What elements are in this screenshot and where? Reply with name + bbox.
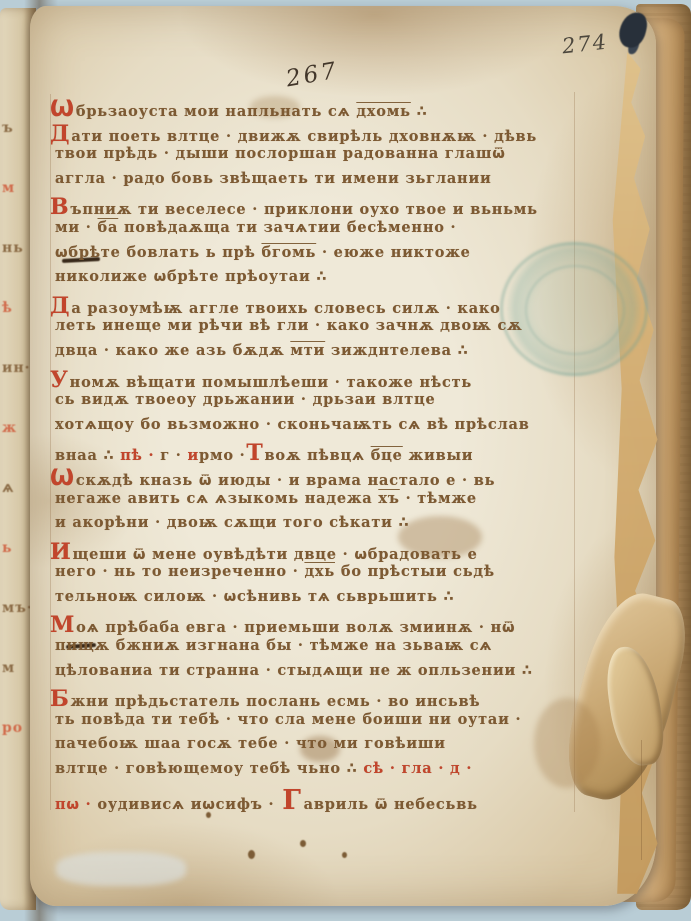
wormhole bbox=[342, 852, 347, 858]
ink-text: ъпниѫ ти веселесе · приклони оухо твое и… bbox=[70, 201, 537, 218]
manuscript-line: твои прѣдь · дыши послоршан радованна гл… bbox=[55, 145, 573, 170]
rubric-text: и bbox=[187, 447, 199, 464]
rubric-initial: Д bbox=[50, 293, 70, 319]
ink-text: · еюже никтоже bbox=[316, 244, 471, 261]
manuscript-line: ть повѣда ти тебѣ · что сла мене боиши н… bbox=[55, 711, 573, 736]
ink-text: ми · bbox=[55, 219, 98, 236]
rubric-text: сѣ · гла · д · bbox=[363, 760, 472, 777]
ink-text: пачебоѭ шаа госѫ тебе · что ми говѣиши bbox=[55, 735, 446, 752]
ink-text: хотѧщоу бо вьзможно · сконьчаѭть сѧ вѣ п… bbox=[55, 416, 530, 433]
manuscript-line: тельноѭ силоѭ · ѡсѣнивь тѧ сьврьшить ∴ bbox=[55, 588, 573, 613]
manuscript-line: Дати поеть влтце · движѫ свирѣль дховнѫѭ… bbox=[55, 121, 573, 146]
ink-text: жни прѣдьстатель послань есмь · во инсьв… bbox=[71, 693, 481, 710]
manuscript-line: негаже авить сѧ ѧзыкомь надежа хъ · тѣмж… bbox=[55, 490, 573, 515]
ink-text: а разоумѣѭ аггле твоихь словесь силѫ · к… bbox=[71, 300, 500, 317]
manuscript-line: и акорѣни · двоѭ сѫщи того сѣкати ∴ bbox=[55, 514, 573, 539]
ink-text: бце bbox=[371, 447, 403, 464]
manuscript-line: Ѡскѫдѣ кназь ѿ июды · и врама настало е … bbox=[55, 465, 573, 490]
rubric-initial: Ѡ bbox=[50, 465, 75, 491]
ink-text: и акорѣни · двоѭ сѫщи того сѣкати ∴ bbox=[55, 514, 409, 531]
ink-text: твои прѣдь · дыши послоршан радованна гл… bbox=[55, 145, 506, 162]
folio-number-pencil: 274 bbox=[561, 30, 609, 59]
ink-text: тельноѭ силоѭ · ѡсѣнивь тѧ сьврьшить ∴ bbox=[55, 588, 454, 605]
manuscript-line: Да разоумѣѭ аггле твоихь словесь силѫ · … bbox=[55, 293, 573, 318]
manuscript-line: леть инеще ми рѣчи вѣ гли · како зачнѫ д… bbox=[55, 317, 573, 342]
ink-text: щеши ѿ мене оувѣдѣти двце · ѡбрадовать е bbox=[73, 546, 478, 563]
manuscript-line: хотѧщоу бо вьзможно · сконьчаѭть сѧ вѣ п… bbox=[55, 416, 573, 441]
manuscript-line: двца · како же азь бѫдѫ мти зижднтелева … bbox=[55, 342, 573, 367]
rubric-initial: И bbox=[50, 539, 72, 565]
ink-text: повѣдаѫща ти зачѧтии бесѣменно · bbox=[118, 219, 456, 236]
manuscript-line: внаа ∴ пѣ · г · ирмо · Твоѫ пѣвцѧ бце жи… bbox=[55, 440, 573, 465]
wormhole bbox=[300, 840, 306, 847]
manuscript-line: сь видѫ твоеоу дрьжании · дрьзаи влтце bbox=[55, 391, 573, 416]
manuscript-line: ми · ба повѣдаѫща ти зачѧтии бесѣменно · bbox=[55, 219, 573, 244]
ink-text: брьзаоуста мои напльнать сѧ bbox=[76, 103, 357, 120]
ink-text: негаже авить сѧ ѧзыкомь надежа bbox=[55, 490, 378, 507]
ink-text: цѣлованиа ти странна · стыдѧщи не ж опль… bbox=[55, 662, 533, 679]
manuscript-line: Бжни прѣдьстатель послань есмь · во инсь… bbox=[55, 686, 573, 711]
ink-text: живыи bbox=[403, 447, 474, 464]
repair-tape-patch bbox=[56, 852, 186, 886]
manuscript-line: Ѡбрьзаоуста мои напльнать сѧ дхомь ∴ bbox=[55, 96, 573, 121]
manuscript-line: Моѧ прѣбаба евга · приемьши волѫ змиинѫ … bbox=[55, 612, 573, 637]
manuscript-line: николиже ѡбрѣте прѣоутаи ∴ bbox=[55, 268, 573, 293]
text-block: Ѡбрьзаоуста мои напльнать сѧ дхомь ∴Дати… bbox=[55, 96, 573, 809]
rubric-initial: М bbox=[50, 612, 75, 638]
manuscript-line: Ищеши ѿ мене оувѣдѣти двце · ѡбрадовать … bbox=[55, 539, 573, 564]
ink-text: · тѣмже bbox=[400, 490, 477, 507]
rubric-initial: В bbox=[50, 194, 69, 220]
photo-scene: ъмньѣин·жѧьмъ·мро 267 274 Ѡбрьзаоуста мо… bbox=[0, 0, 691, 921]
ink-text: пищѫ бжниѫ изгнана бы · тѣмже на зьваѭ с… bbox=[55, 637, 492, 654]
ink-text: мти bbox=[290, 342, 325, 359]
rubric-initial: Ѡ bbox=[50, 96, 75, 122]
ink-text: бгомь bbox=[261, 244, 316, 261]
ink-text: николиже ѡбрѣте прѣоутаи ∴ bbox=[55, 268, 327, 285]
ink-text: рмо · bbox=[199, 447, 251, 464]
manuscript-line: пачебоѭ шаа госѫ тебе · что ми говѣиши bbox=[55, 735, 573, 760]
rubric-text: пѣ · bbox=[120, 447, 154, 464]
ink-text: дхь bbox=[304, 563, 335, 580]
ink-text: бо прѣстыи сьдѣ bbox=[335, 563, 495, 580]
ink-text: аггла · радо бовь звѣщаеть ти имени зьгл… bbox=[55, 170, 492, 187]
ink-text: ть повѣда ти тебѣ · что сла мене боиши н… bbox=[55, 711, 521, 728]
ink-text: двца · како же азь бѫдѫ bbox=[55, 342, 290, 359]
rubric-initial: Д bbox=[50, 121, 70, 147]
ink-text: него · нь то неизреченно · bbox=[55, 563, 304, 580]
rubric-initial: Г bbox=[282, 785, 301, 816]
rubric-text: пѡ · bbox=[55, 796, 97, 813]
ink-text: дхомь bbox=[356, 103, 410, 120]
rubric-initial: У bbox=[50, 367, 69, 393]
manuscript-line: аггла · радо бовь звѣщаеть ти имени зьгл… bbox=[55, 170, 573, 195]
ink-text: авриль ѿ небесьвь bbox=[304, 796, 478, 813]
ink-text: г · bbox=[154, 447, 187, 464]
ink-text: хъ bbox=[378, 490, 399, 507]
ink-text: внаа ∴ bbox=[55, 447, 120, 464]
ink-text: влтце · говѣющемоу тебѣ чьно ∴ bbox=[55, 760, 363, 777]
ink-text: сь видѫ твоеоу дрьжании · дрьзаи влтце bbox=[55, 391, 436, 408]
manuscript-line: него · нь то неизреченно · дхь бо прѣсты… bbox=[55, 563, 573, 588]
ink-text: оудивисѧ иѡсифъ · bbox=[97, 796, 280, 813]
ink-text: ѡбрѣте бовлать ь прѣ bbox=[55, 244, 261, 261]
ink-text: ати поеть влтце · движѫ свирѣль дховнѫѭ … bbox=[71, 128, 537, 145]
ink-text: ∴ bbox=[411, 103, 428, 120]
manuscript-line: цѣлованиа ти странна · стыдѧщи не ж опль… bbox=[55, 662, 573, 687]
manuscript-line: пѡ · оудивисѧ иѡсифъ · Гавриль ѿ небесьв… bbox=[55, 785, 573, 810]
ink-text: ба bbox=[98, 219, 119, 236]
ink-text: леть инеще ми рѣчи вѣ гли · како зачнѫ д… bbox=[55, 317, 523, 334]
ink-text: зижднтелева ∴ bbox=[325, 342, 468, 359]
manuscript-line: влтце · говѣющемоу тебѣ чьно ∴ сѣ · гла … bbox=[55, 760, 573, 785]
rubric-initial: Б bbox=[50, 686, 70, 712]
ink-text: скѫдѣ кназь ѿ июды · и врама настало е ·… bbox=[76, 472, 495, 489]
ink-text: номѫ вѣщати помышлѣеши · такоже нѣсть bbox=[70, 374, 472, 391]
rubric-initial: Т bbox=[246, 440, 263, 466]
wormhole bbox=[248, 850, 255, 859]
ink-text: воѫ пѣвцѧ bbox=[265, 447, 371, 464]
manuscript-line: ѡбрѣте бовлать ь прѣ бгомь · еюже никтож… bbox=[55, 244, 573, 269]
ruling-line-margin bbox=[641, 740, 642, 860]
manuscript-line: Уномѫ вѣщати помышлѣеши · такоже нѣсть bbox=[55, 367, 573, 392]
manuscript-line: Въпниѫ ти веселесе · приклони оухо твое … bbox=[55, 194, 573, 219]
manuscript-line: пищѫ бжниѫ изгнана бы · тѣмже на зьваѭ с… bbox=[55, 637, 573, 662]
ink-text: оѧ прѣбаба евга · приемьши волѫ змиинѫ ·… bbox=[76, 619, 515, 636]
